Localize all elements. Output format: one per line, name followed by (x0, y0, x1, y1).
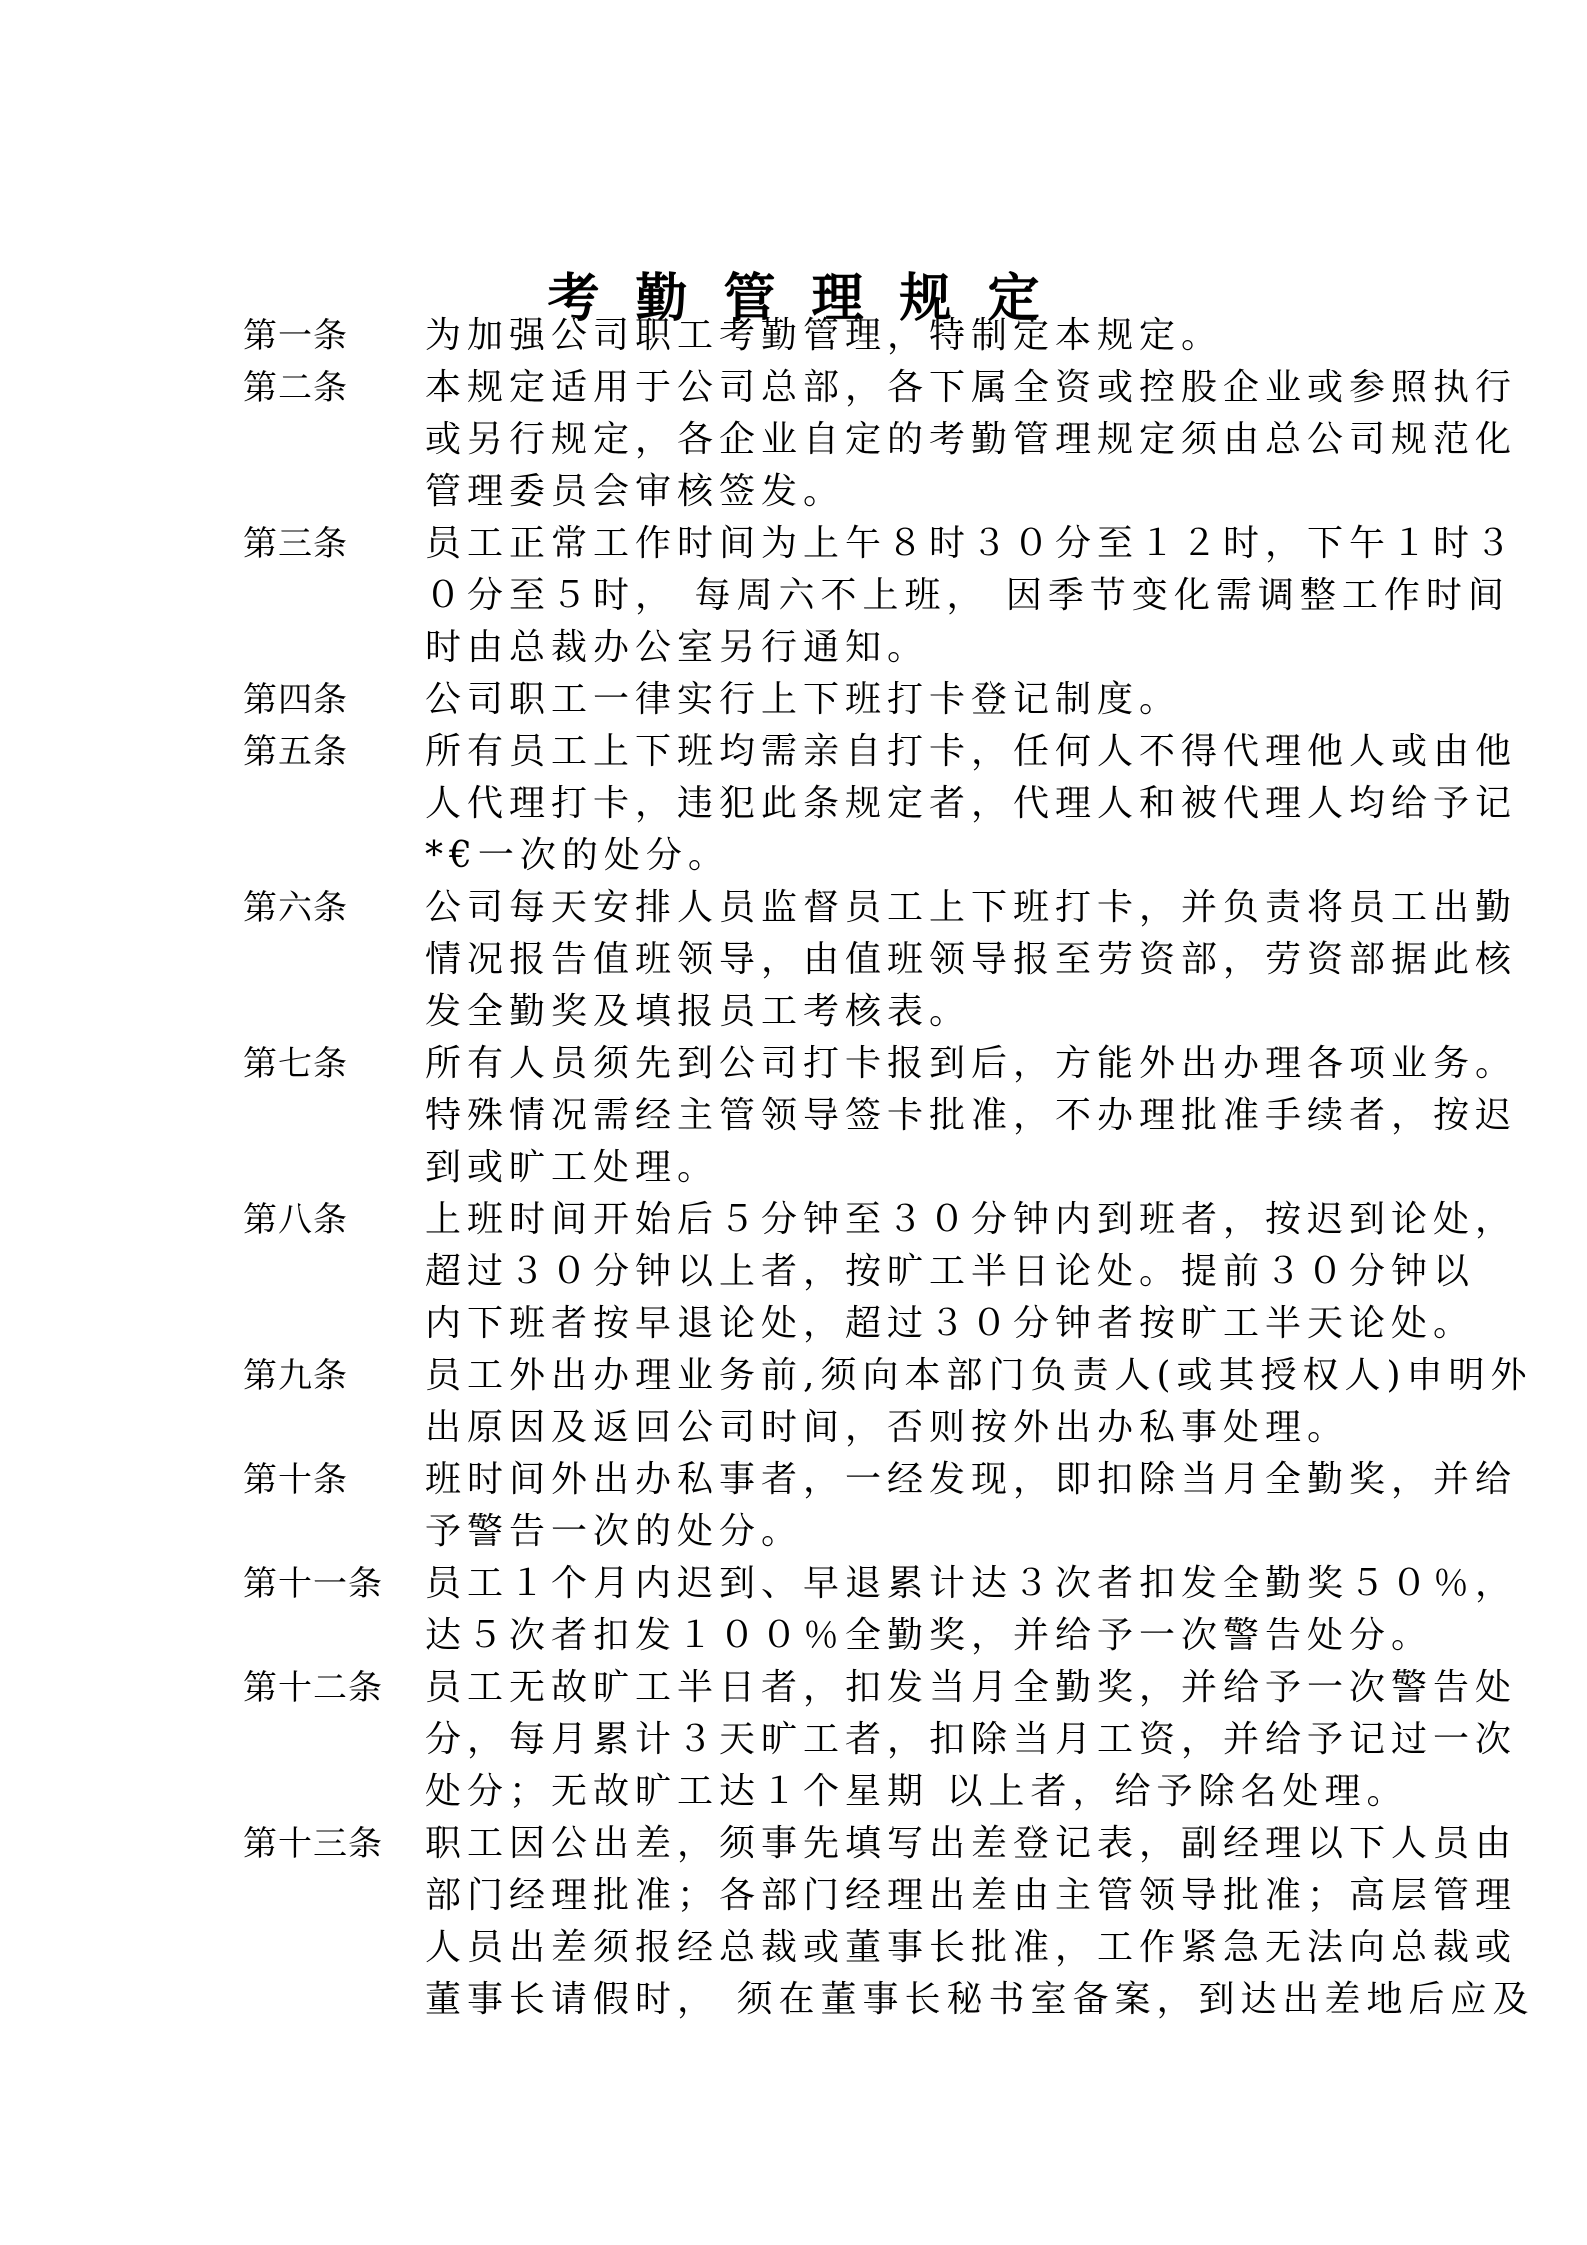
article-text-line: 超过３０分钟以上者，按旷工半日论处。提前３０分钟以 (425, 1246, 1337, 1298)
article-label: 第七条 (243, 1038, 348, 1090)
article-13: 第十三条 职工因公出差，须事先填写出差登记表，副经理以下人员由 部门经理批准；各… (0, 1818, 1587, 2026)
article-text-line: 董事长请假时， 须在董事长秘书室备案，到达出差地后应及 (425, 1974, 1337, 2026)
article-text-line: 人员出差须报经总裁或董事长批准，工作紧急无法向总裁或 (425, 1922, 1337, 1974)
article-body: 员工无故旷工半日者，扣发当月全勤奖，并给予一次警告处 分，每月累计３天旷工者，扣… (425, 1662, 1337, 1818)
article-text-line: 人代理打卡，违犯此条规定者，代理人和被代理人均给予记 (425, 778, 1337, 830)
article-text-line: 公司每天安排人员监督员工上下班打卡，并负责将员工出勤 (425, 882, 1337, 934)
document-page: 考勤管理规定 第一条 为加强公司职工考勤管理，特制定本规定。 第二条 本规定适用… (0, 0, 1587, 2245)
article-text-line: 所有人员须先到公司打卡报到后，方能外出办理各项业务。 (425, 1038, 1337, 1090)
article-body: 员工外出办理业务前,须向本部门负责人(或其授权人)申明外 出原因及返回公司时间，… (425, 1350, 1337, 1454)
article-text-line: 特殊情况需经主管领导签卡批准，不办理批准手续者，按迟 (425, 1090, 1337, 1142)
article-text-line: 达５次者扣发１００％全勤奖，并给予一次警告处分。 (425, 1610, 1337, 1662)
article-4: 第四条 公司职工一律实行上下班打卡登记制度。 (0, 674, 1587, 726)
article-text-line: 员工正常工作时间为上午８时３０分至１２时，下午１时３ (425, 518, 1337, 570)
article-body: 本规定适用于公司总部，各下属全资或控股企业或参照执行 或另行规定，各企业自定的考… (425, 362, 1337, 518)
article-text-line: 职工因公出差，须事先填写出差登记表，副经理以下人员由 (425, 1818, 1337, 1870)
article-text-line: ０分至５时， 每周六不上班， 因季节变化需调整工作时间 (425, 570, 1337, 622)
article-11: 第十一条 员工１个月内迟到、早退累计达３次者扣发全勤奖５０％， 达５次者扣发１０… (0, 1558, 1587, 1662)
article-label: 第八条 (243, 1194, 348, 1246)
article-body: 员工正常工作时间为上午８时３０分至１２时，下午１时３ ０分至５时， 每周六不上班… (425, 518, 1337, 674)
article-text-line: 处分；无故旷工达１个星期 以上者，给予除名处理。 (425, 1766, 1337, 1818)
article-label: 第五条 (243, 726, 348, 778)
article-text-line: 管理委员会审核签发。 (425, 466, 1337, 518)
article-7: 第七条 所有人员须先到公司打卡报到后，方能外出办理各项业务。 特殊情况需经主管领… (0, 1038, 1587, 1194)
article-text-line: 予警告一次的处分。 (425, 1506, 1337, 1558)
article-body: 所有员工上下班均需亲自打卡，任何人不得代理他人或由他 人代理打卡，违犯此条规定者… (425, 726, 1337, 882)
article-text-line: 到或旷工处理。 (425, 1142, 1337, 1194)
article-text-line: 部门经理批准；各部门经理出差由主管领导批准；高层管理 (425, 1870, 1337, 1922)
article-label: 第二条 (243, 362, 348, 414)
article-10: 第十条 班时间外出办私事者，一经发现，即扣除当月全勤奖，并给 予警告一次的处分。 (0, 1454, 1587, 1558)
article-body: 员工１个月内迟到、早退累计达３次者扣发全勤奖５０％， 达５次者扣发１００％全勤奖… (425, 1558, 1337, 1662)
article-text-line: 为加强公司职工考勤管理，特制定本规定。 (425, 310, 1337, 362)
article-9: 第九条 员工外出办理业务前,须向本部门负责人(或其授权人)申明外 出原因及返回公… (0, 1350, 1587, 1454)
article-label: 第十三条 (243, 1818, 383, 1870)
article-text-line: 内下班者按早退论处，超过３０分钟者按旷工半天论处。 (425, 1298, 1337, 1350)
article-1: 第一条 为加强公司职工考勤管理，特制定本规定。 (0, 310, 1587, 362)
article-text-line: 发全勤奖及填报员工考核表。 (425, 986, 1337, 1038)
article-label: 第十二条 (243, 1662, 383, 1714)
article-5: 第五条 所有员工上下班均需亲自打卡，任何人不得代理他人或由他 人代理打卡，违犯此… (0, 726, 1587, 882)
article-text-line: 员工无故旷工半日者，扣发当月全勤奖，并给予一次警告处 (425, 1662, 1337, 1714)
article-text-line: 班时间外出办私事者，一经发现，即扣除当月全勤奖，并给 (425, 1454, 1337, 1506)
article-text-line: 或另行规定，各企业自定的考勤管理规定须由总公司规范化 (425, 414, 1337, 466)
article-body: 公司每天安排人员监督员工上下班打卡，并负责将员工出勤 情况报告值班领导，由值班领… (425, 882, 1337, 1038)
article-text-line: 本规定适用于公司总部，各下属全资或控股企业或参照执行 (425, 362, 1337, 414)
article-text-line: 公司职工一律实行上下班打卡登记制度。 (425, 674, 1337, 726)
article-body: 为加强公司职工考勤管理，特制定本规定。 (425, 310, 1337, 362)
article-6: 第六条 公司每天安排人员监督员工上下班打卡，并负责将员工出勤 情况报告值班领导，… (0, 882, 1587, 1038)
article-3: 第三条 员工正常工作时间为上午８时３０分至１２时，下午１时３ ０分至５时， 每周… (0, 518, 1587, 674)
article-list: 第一条 为加强公司职工考勤管理，特制定本规定。 第二条 本规定适用于公司总部，各… (0, 310, 1587, 2026)
article-text-line: 时由总裁办公室另行通知。 (425, 622, 1337, 674)
article-label: 第三条 (243, 518, 348, 570)
article-label: 第四条 (243, 674, 348, 726)
article-12: 第十二条 员工无故旷工半日者，扣发当月全勤奖，并给予一次警告处 分，每月累计３天… (0, 1662, 1587, 1818)
article-body: 所有人员须先到公司打卡报到后，方能外出办理各项业务。 特殊情况需经主管领导签卡批… (425, 1038, 1337, 1194)
article-label: 第九条 (243, 1350, 348, 1402)
article-body: 班时间外出办私事者，一经发现，即扣除当月全勤奖，并给 予警告一次的处分。 (425, 1454, 1337, 1558)
article-body: 公司职工一律实行上下班打卡登记制度。 (425, 674, 1337, 726)
article-label: 第六条 (243, 882, 348, 934)
article-body: 职工因公出差，须事先填写出差登记表，副经理以下人员由 部门经理批准；各部门经理出… (425, 1818, 1337, 2026)
article-text-line: 员工１个月内迟到、早退累计达３次者扣发全勤奖５０％， (425, 1558, 1337, 1610)
article-2: 第二条 本规定适用于公司总部，各下属全资或控股企业或参照执行 或另行规定，各企业… (0, 362, 1587, 518)
article-label: 第十一条 (243, 1558, 383, 1610)
article-8: 第八条 上班时间开始后５分钟至３０分钟内到班者，按迟到论处， 超过３０分钟以上者… (0, 1194, 1587, 1350)
article-text-line: 所有员工上下班均需亲自打卡，任何人不得代理他人或由他 (425, 726, 1337, 778)
article-text-line: 上班时间开始后５分钟至３０分钟内到班者，按迟到论处， (425, 1194, 1337, 1246)
article-text-line: 员工外出办理业务前,须向本部门负责人(或其授权人)申明外 (425, 1350, 1337, 1402)
article-body: 上班时间开始后５分钟至３０分钟内到班者，按迟到论处， 超过３０分钟以上者，按旷工… (425, 1194, 1337, 1350)
article-text-line: 出原因及返回公司时间，否则按外出办私事处理。 (425, 1402, 1337, 1454)
article-text-line: 分，每月累计３天旷工者，扣除当月工资，并给予记过一次 (425, 1714, 1337, 1766)
article-text-line: 情况报告值班领导，由值班领导报至劳资部，劳资部据此核 (425, 934, 1337, 986)
article-label: 第一条 (243, 310, 348, 362)
article-label: 第十条 (243, 1454, 348, 1506)
article-text-line: *€一次的处分。 (425, 830, 1337, 882)
